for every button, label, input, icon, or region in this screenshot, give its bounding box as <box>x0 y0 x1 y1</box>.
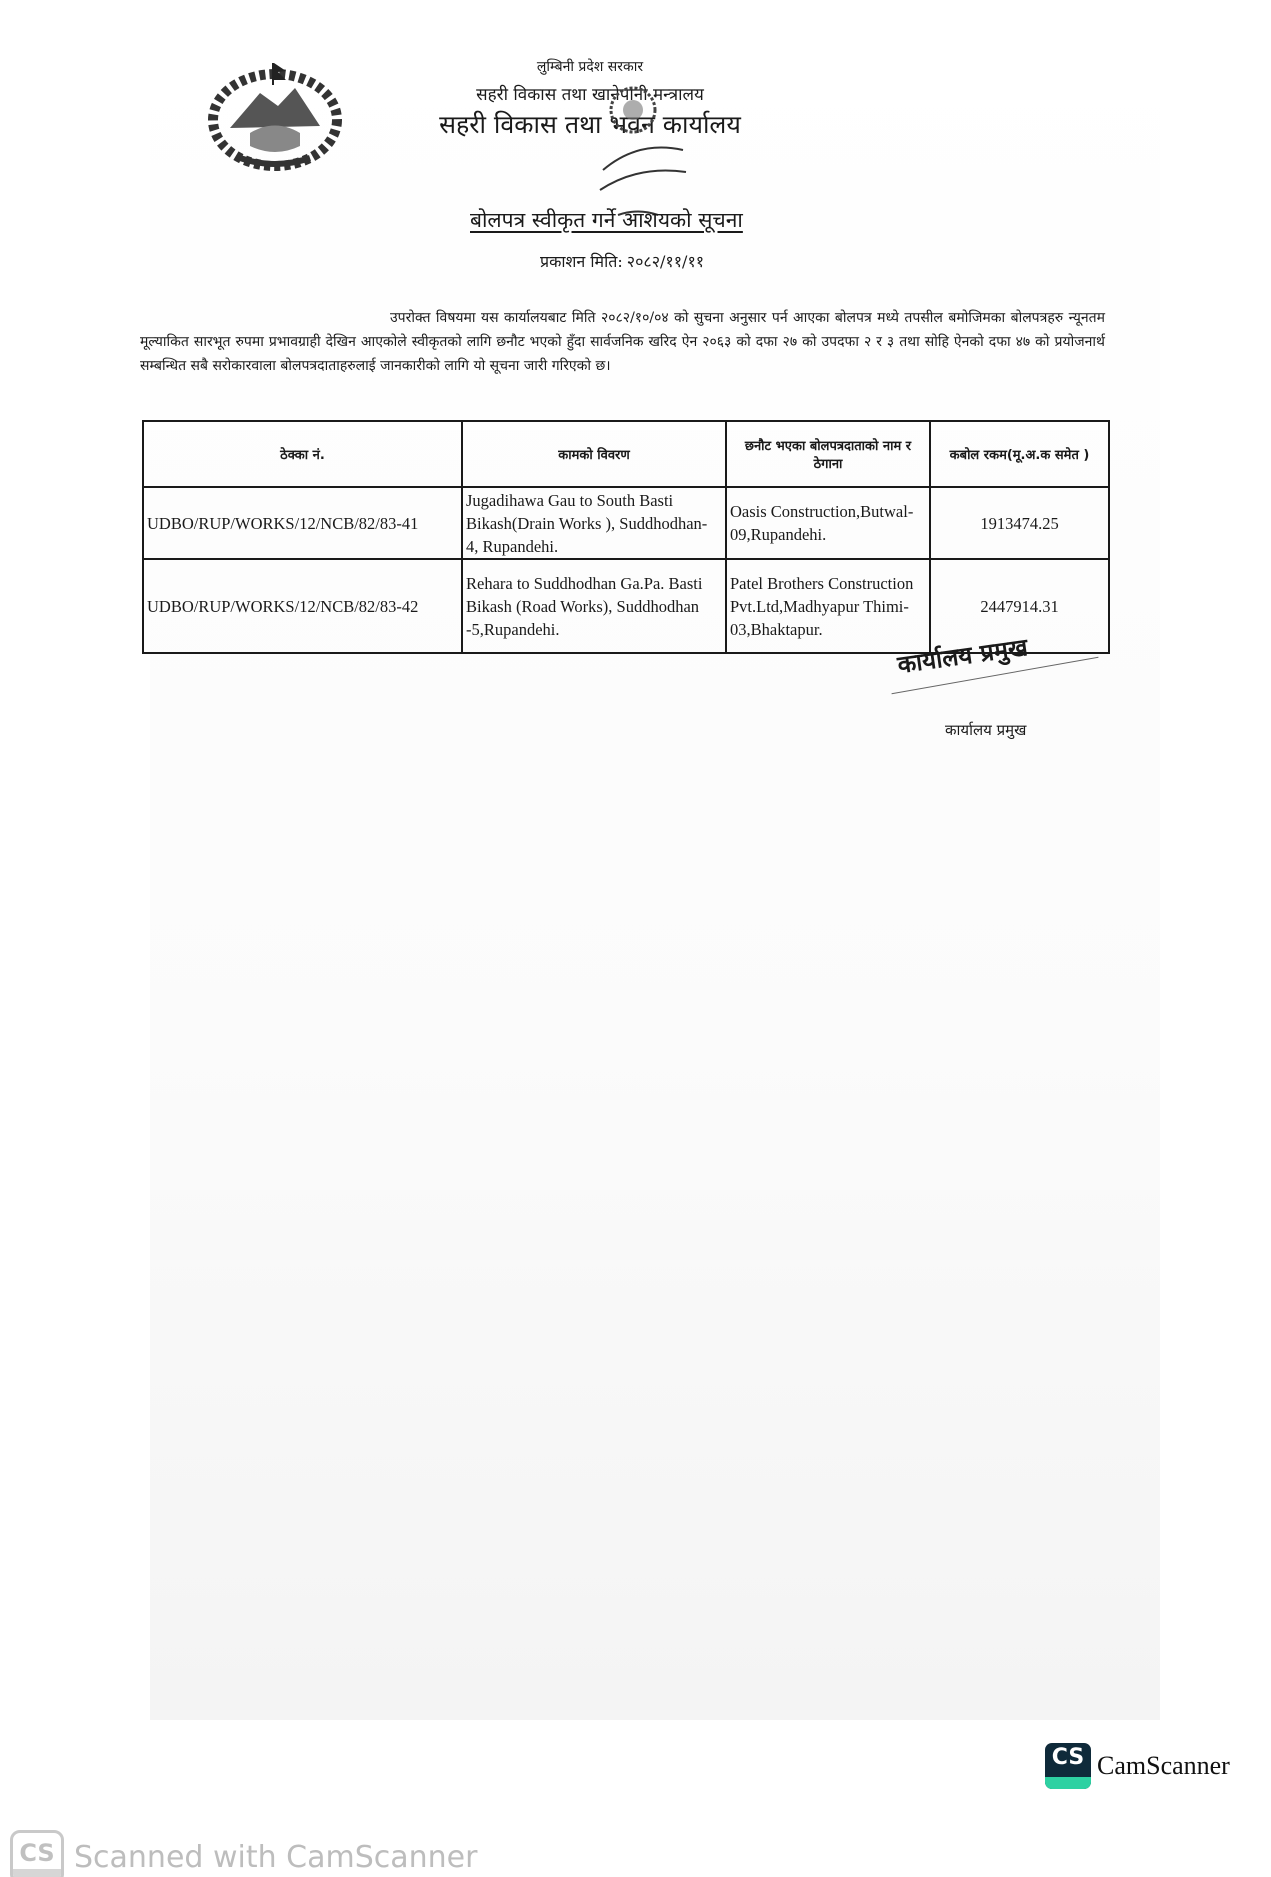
awarded-bids-table: ठेक्का नं. कामको विवरण छनौट भएका बोलपत्र… <box>142 420 1110 654</box>
letterhead: लुम्बिनी प्रदेश सरकार सहरी विकास तथा खान… <box>380 55 800 141</box>
scanned-page <box>150 40 1160 1720</box>
notice-body: उपरोक्त विषयमा यस कार्यालयबाट मिति २०८२/… <box>140 306 1105 378</box>
scanned-with-footer: CS Scanned with CamScanner <box>10 1830 477 1877</box>
signatory-title: कार्यालय प्रमुख <box>945 720 1026 740</box>
bidder-name-address: Oasis Construction,Butwal-09,Rupandehi. <box>726 487 930 559</box>
table-header-row: ठेक्का नं. कामको विवरण छनौट भएका बोलपत्र… <box>143 421 1109 487</box>
header-contract-no: ठेक्का नं. <box>143 421 462 487</box>
work-description: Jugadihawa Gau to South Basti Bikash(Dra… <box>462 487 726 559</box>
camscanner-name: CamScanner <box>1097 1751 1230 1781</box>
notice-title: बोलपत्र स्वीकृत गर्ने आशयको सूचना <box>470 206 743 234</box>
province-government: लुम्बिनी प्रदेश सरकार <box>380 57 800 76</box>
office-name: सहरी विकास तथा भवन कार्यालय <box>380 107 800 141</box>
camscanner-brand: CS CamScanner <box>1045 1743 1230 1789</box>
contract-no: UDBO/RUP/WORKS/12/NCB/82/83-41 <box>143 487 462 559</box>
publication-date: प्रकाशन मिति:२०८२/११/११ <box>540 250 708 272</box>
ministry-name: सहरी विकास तथा खानेपानी मन्त्रालय <box>380 82 800 105</box>
work-description: Rehara to Suddhodhan Ga.Pa. Basti Bikash… <box>462 559 726 653</box>
bid-amount: 1913474.25 <box>930 487 1109 559</box>
scanned-with-text: Scanned with CamScanner <box>74 1840 477 1875</box>
table-row: UDBO/RUP/WORKS/12/NCB/82/83-41 Jugadihaw… <box>143 487 1109 559</box>
header-amount: कबोल रकम(मू.अ.क समेत ) <box>930 421 1109 487</box>
bidder-name-address: Patel Brothers Construction Pvt.Ltd,Madh… <box>726 559 930 653</box>
publication-date-label: प्रकाशन मिति: <box>540 252 623 271</box>
camscanner-footer-logo-icon: CS <box>10 1830 64 1877</box>
camscanner-logo-icon: CS <box>1045 1743 1091 1789</box>
nepal-emblem-icon <box>200 58 350 173</box>
header-description: कामको विवरण <box>462 421 726 487</box>
header-bidder: छनौट भएका बोलपत्रदाताको नाम र ठेगाना <box>726 421 930 487</box>
contract-no: UDBO/RUP/WORKS/12/NCB/82/83-42 <box>143 559 462 653</box>
publication-date-value: २०८२/११/११ <box>627 252 704 271</box>
